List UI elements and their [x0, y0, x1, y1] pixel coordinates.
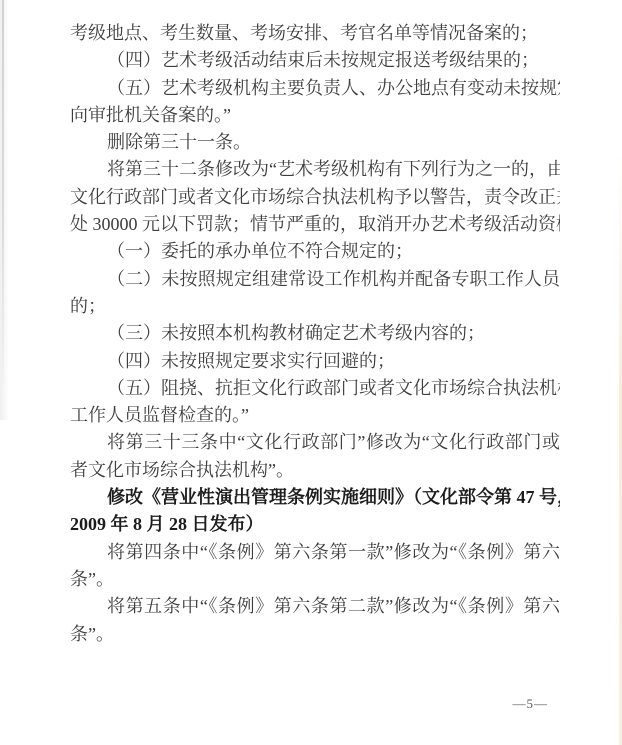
text-line: 条”。 [70, 566, 560, 593]
text-line: （四）未按照规定要求实行回避的； [70, 348, 560, 375]
text-line: 将第三十二条修改为“艺术考级机构有下列行为之一的，由 [70, 156, 560, 183]
scanned-document-page: 考级地点、考生数量、考场安排、考官名单等情况备案的；（四）艺术考级活动结束后未按… [0, 0, 622, 745]
text-line: 将第五条中“《条例》第六条第二款”修改为“《条例》第六 [70, 593, 560, 620]
text-line: 工作人员监督检查的。” [70, 402, 560, 429]
scan-edge-line [2, 0, 4, 392]
text-line: 删除第三十一条。 [70, 129, 560, 156]
text-line: （五）阻挠、抗拒文化行政部门或者文化市场综合执法机构 [70, 375, 560, 402]
text-line: 处 30000 元以下罚款；情节严重的，取消开办艺术考级活动资格： [70, 211, 560, 238]
text-line: 修改《营业性演出管理条例实施细则》（文化部令第 47 号， [70, 484, 560, 511]
text-line: 将第四条中“《条例》第六条第一款”修改为“《条例》第六 [70, 539, 560, 566]
text-line: 向审批机关备案的。” [70, 102, 560, 129]
document-body: 考级地点、考生数量、考场安排、考官名单等情况备案的；（四）艺术考级活动结束后未按… [70, 20, 560, 648]
text-line: （四）艺术考级活动结束后未按规定报送考级结果的； [70, 47, 560, 74]
text-line: （三）未按照本机构教材确定艺术考级内容的； [70, 320, 560, 347]
text-line: （一）委托的承办单位不符合规定的； [70, 238, 560, 265]
text-line: 者文化市场综合执法机构”。 [70, 457, 560, 484]
text-line: （二）未按照规定组建常设工作机构并配备专职工作人员 [70, 266, 560, 293]
page-number: —5— [513, 696, 549, 712]
text-line: 文化行政部门或者文化市场综合执法机构予以警告，责令改正并 [70, 184, 560, 211]
text-line: 条”。 [70, 621, 560, 648]
text-line: 2009 年 8 月 28 日发布） [70, 511, 560, 538]
text-line: 的； [70, 293, 560, 320]
text-line: 考级地点、考生数量、考场安排、考官名单等情况备案的； [70, 20, 560, 47]
text-line: （五）艺术考级机构主要负责人、办公地点有变动未按规定 [70, 75, 560, 102]
text-line: 将第三十三条中“文化行政部门”修改为“文化行政部门或 [70, 429, 560, 456]
